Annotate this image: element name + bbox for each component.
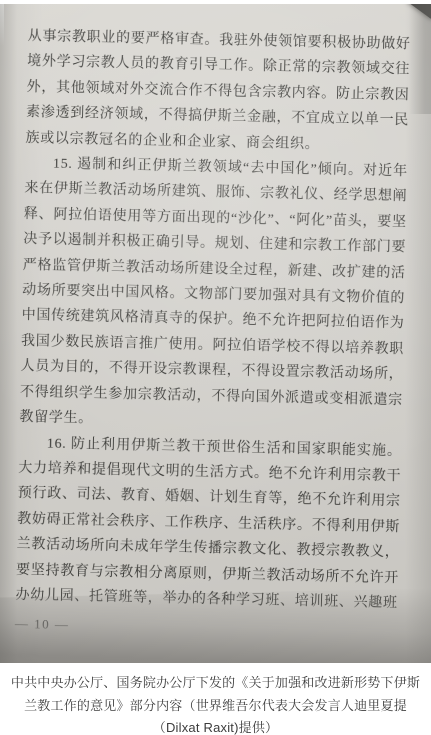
document-text: 从事宗教职业的要严格审查。我驻外使领馆要积极协助做好境外学习宗教人员的教育引导工… [15, 24, 411, 645]
document-paragraph: 15. 遏制和纠正伊斯兰教领域“去中国化”倾向。对近年来在伊斯兰教活动场所建筑、… [19, 151, 408, 439]
photo-right-edge-shade [409, 4, 431, 114]
dark-corner-object [407, 4, 431, 19]
document-paragraph: 16. 防止利用伊斯兰教干预世俗生活和国家职能实施。大力培养和提倡现代文明的生活… [15, 430, 402, 616]
photo-caption: 中共中央办公厅、国务院办公厅下发的《关于加强和改进新形势下伊斯兰教工作的意见》部… [0, 663, 431, 735]
document-photo: 从事宗教职业的要严格审查。我驻外使领馆要积极协助做好境外学习宗教人员的教育引导工… [0, 4, 431, 663]
document-paragraph: 从事宗教职业的要严格审查。我驻外使领馆要积极协助做好境外学习宗教人员的教育引导工… [25, 24, 411, 159]
photo-topleft-highlight [0, 4, 4, 46]
article-page: 从事宗教职业的要严格审查。我驻外使领馆要积极协助做好境外学习宗教人员的教育引导工… [0, 4, 431, 735]
page-number: — 10 — [15, 611, 398, 645]
